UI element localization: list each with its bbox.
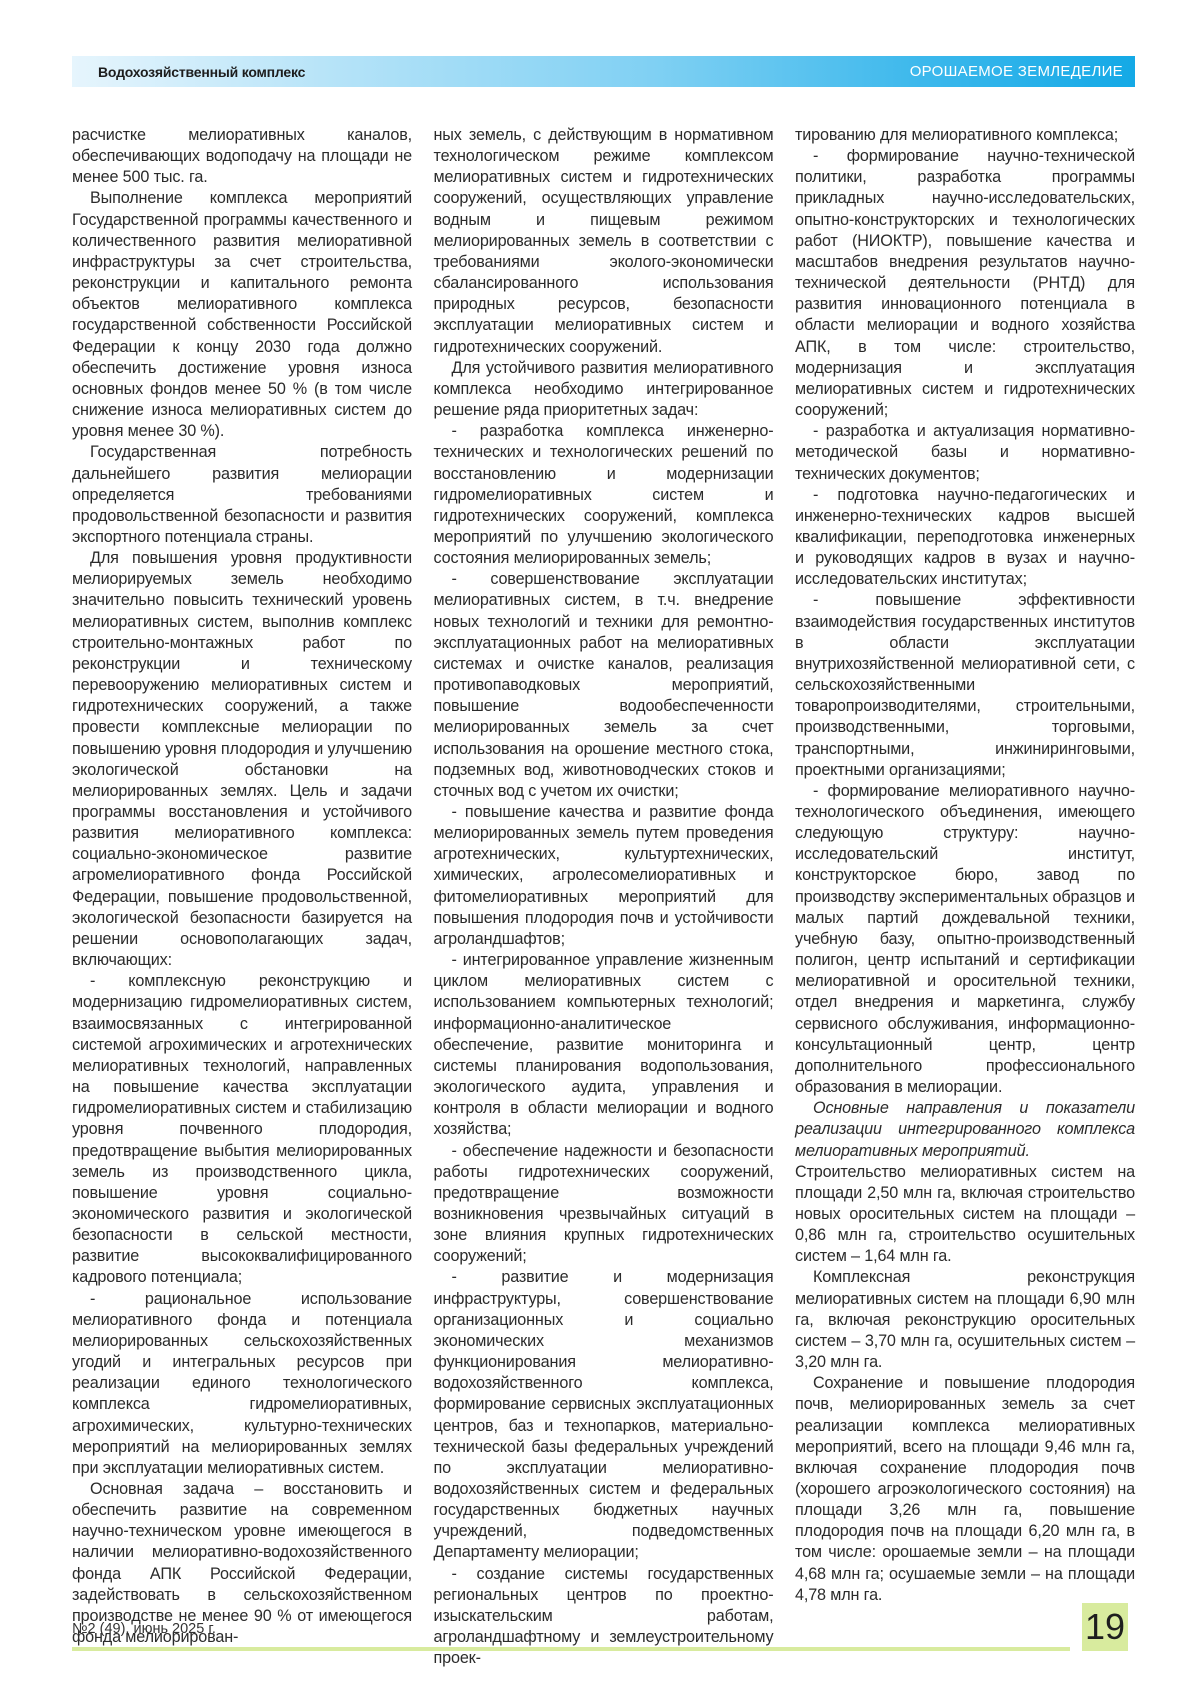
paragraph: - развитие и модернизация инфраструктуры… — [434, 1267, 774, 1563]
section-title: Водохозяйственный комплекс — [98, 64, 305, 80]
paragraph: - совершенствование эксплуатации мелиора… — [434, 569, 774, 802]
paragraph: Сохранение и повышение плодородия почв, … — [795, 1373, 1135, 1606]
paragraph: Государственная потребность дальнейшего … — [72, 442, 412, 548]
paragraph: - разработка комплекса инженерно-техниче… — [434, 421, 774, 569]
paragraph: расчистке мелиоративных каналов, обеспеч… — [72, 125, 412, 188]
page-number: 19 — [1082, 1603, 1128, 1651]
paragraph: - комплексную реконструкцию и модернизац… — [72, 971, 412, 1288]
paragraph: - обеспечение надежности и безопасности … — [434, 1141, 774, 1268]
paragraph: Для устойчивого развития мелиоративного … — [434, 358, 774, 421]
paragraph: Комплексная реконструкция мелиоративных … — [795, 1267, 1135, 1373]
paragraph: Основные направления и показатели реализ… — [795, 1098, 1135, 1161]
paragraph: - повышение эффективности взаимодействия… — [795, 590, 1135, 780]
paragraph: тированию для мелиоративного комплекса; — [795, 125, 1135, 146]
paragraph: - формирование мелиоративного научно-тех… — [795, 781, 1135, 1098]
column-3: тированию для мелиоративного комплекса;-… — [795, 125, 1135, 1613]
paragraph: Выполнение комплекса мероприятий Государ… — [72, 188, 412, 442]
paragraph: Для повышения уровня продуктивности мели… — [72, 548, 412, 971]
paragraph: - подготовка научно-педагогических и инж… — [795, 485, 1135, 591]
paragraph: ных земель, с действующим в нормативном … — [434, 125, 774, 358]
issue-info: №2 (49), июнь 2025 г. — [72, 1621, 216, 1637]
article-body: расчистке мелиоративных каналов, обеспеч… — [72, 125, 1135, 1613]
paragraph: - повышение качества и развитие фонда ме… — [434, 802, 774, 950]
paragraph: - интегрированное управление жизненным ц… — [434, 950, 774, 1140]
footer-divider — [72, 1647, 1070, 1651]
paragraph: - формирование научно-технической полити… — [795, 146, 1135, 421]
rubric-title: ОРОШАЕМОЕ ЗЕМЛЕДЕЛИЕ — [910, 63, 1123, 80]
paragraph: - разработка и актуализация нормативно-м… — [795, 421, 1135, 484]
paragraph: Строительство мелиоративных систем на пл… — [795, 1162, 1135, 1268]
paragraph: - создание системы государственных регио… — [434, 1564, 774, 1670]
column-2: ных земель, с действующим в нормативном … — [434, 125, 774, 1613]
running-header: Водохозяйственный комплекс ОРОШАЕМОЕ ЗЕМ… — [72, 56, 1135, 87]
column-1: расчистке мелиоративных каналов, обеспеч… — [72, 125, 412, 1613]
paragraph: - рациональное использование мелиоративн… — [72, 1289, 412, 1479]
